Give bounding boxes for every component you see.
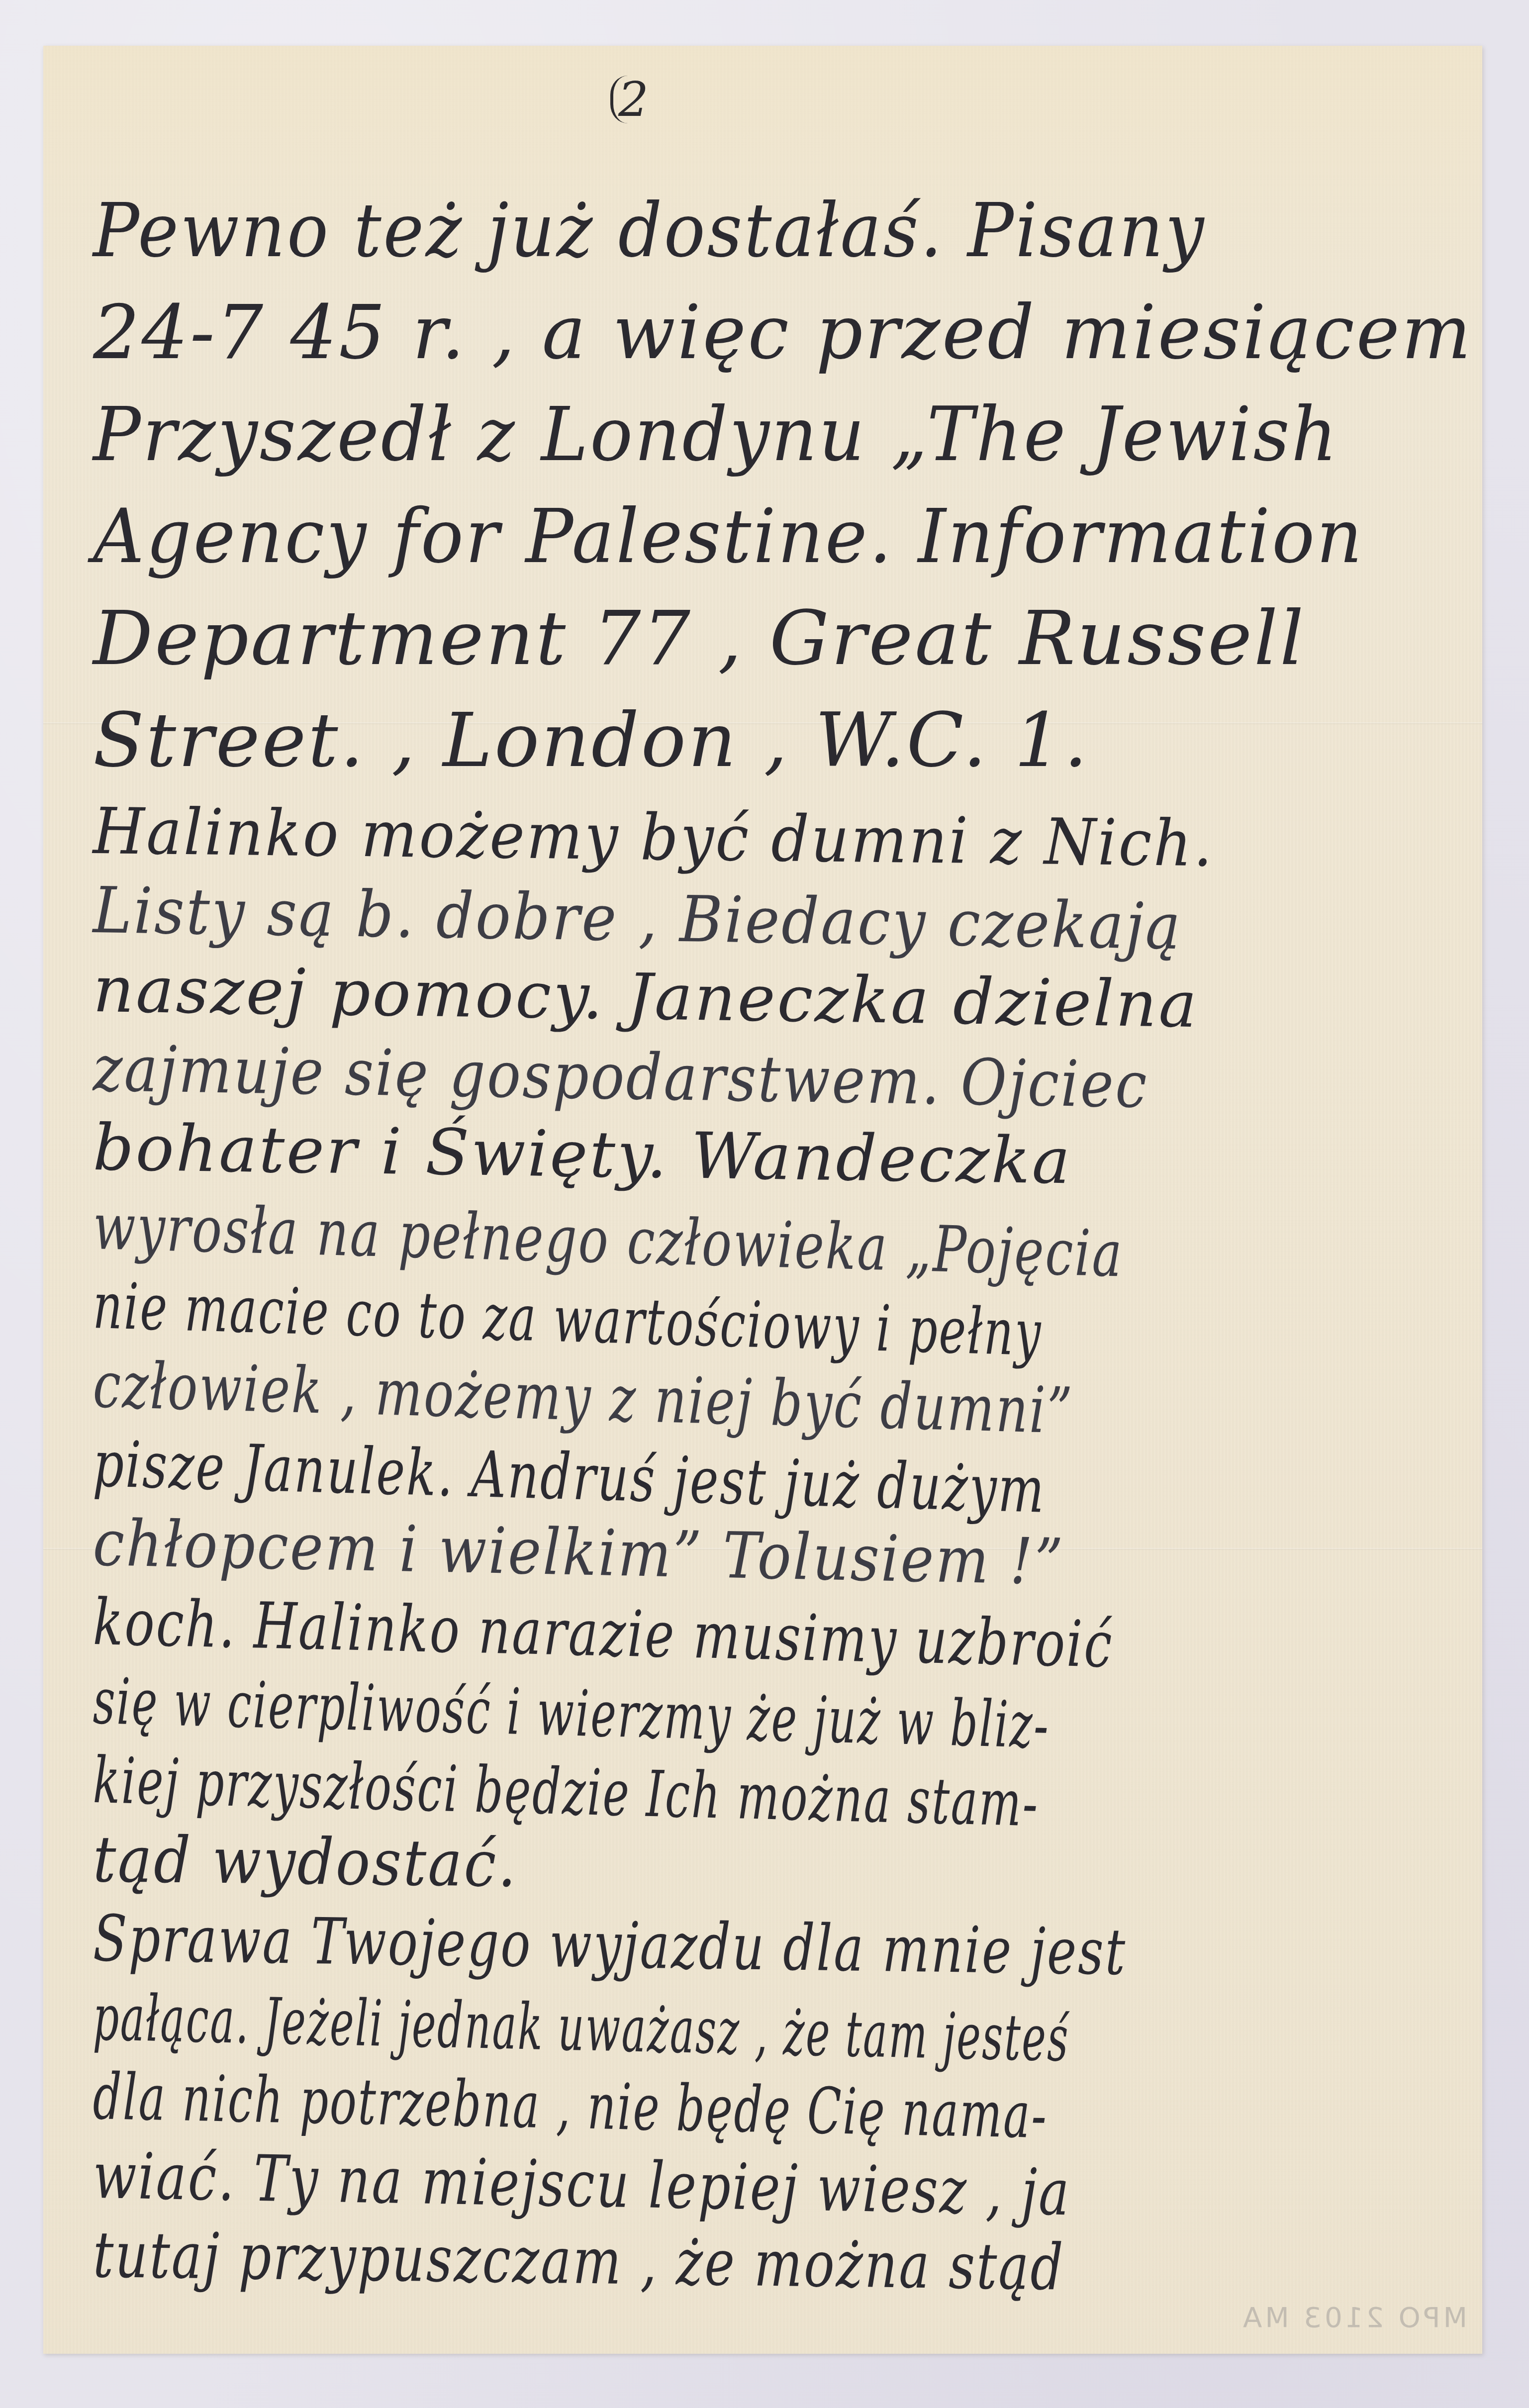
letter-page: 2 Pewno też już dostałaś. Pisany 24-7 45…: [43, 46, 1482, 2354]
text-line: tąd wydostać.: [93, 1820, 1311, 1913]
text-line: Przyszedł z Londynu „The Jewish: [93, 384, 1378, 486]
text-line: Department 77 , Great Russell: [93, 588, 1446, 690]
text-line: Sprawa Twojego wyjazdu dla mnie jest: [93, 1899, 1148, 1992]
letter-text: Pewno też już dostałaś. Pisany 24-7 45 r…: [93, 180, 1446, 2295]
text-line: Halinko możemy być dumni z Nich.: [93, 792, 1351, 885]
text-line: 24-7 45 r. , a więc przed miesiącem: [93, 282, 1419, 384]
page-number: 2: [610, 76, 654, 123]
text-line: Agency for Palestine. Information: [93, 486, 1378, 588]
text-line: Street. , London , W.C. 1.: [93, 690, 1446, 792]
text-line: tutaj przypuszczam , że można stąd: [93, 2215, 1175, 2309]
archive-stamp: MPO 2103 MA: [1240, 2302, 1467, 2334]
text-line: Pewno też już dostałaś. Pisany: [93, 180, 1338, 282]
